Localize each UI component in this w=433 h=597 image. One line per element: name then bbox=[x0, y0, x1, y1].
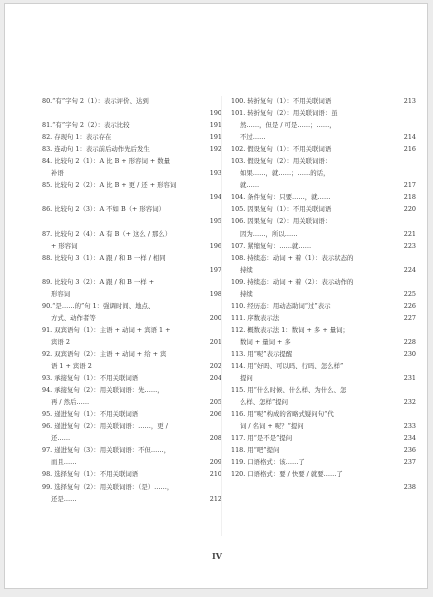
toc-entry-title: 99. 选择复句（2）：用关联词语：（是）……， bbox=[42, 481, 220, 493]
toc-entry[interactable]: 93. 承接复句（1）：不用关联词语204 bbox=[42, 372, 222, 384]
toc-entry-title-continued bbox=[231, 481, 416, 493]
toc-entry-title: 90.“是……的”句 1：强调时间、地点、 bbox=[42, 300, 220, 312]
toc-entry[interactable]: 116. 用“呢”构成的省略式疑问句“代词 / 名词 + 呢？”提问233 bbox=[231, 408, 416, 432]
toc-entry[interactable]: 88. 比较句 3（1）：A 跟 / 和 B 一样 / 相同 197 bbox=[42, 252, 222, 276]
toc-entry[interactable]: 119. 口语格式：该……了237 bbox=[231, 456, 416, 468]
toc-page-number: 225 bbox=[404, 288, 416, 300]
toc-entry[interactable]: 115. 用“什么时候、什么样、为什么、怎么样、怎样”提问232 bbox=[231, 384, 416, 408]
toc-page-number: 231 bbox=[404, 372, 416, 384]
toc-entry[interactable]: 92. 双宾语句（2）：主语 + 动词 + 给 + 宾语 1 + 宾语 2202 bbox=[42, 348, 222, 372]
toc-entry-title: 110. 经历态：用动态助词“过”表示 bbox=[231, 300, 416, 312]
toc-entry-title: 91. 双宾语句（1）：主语 + 动词 + 宾语 1 + bbox=[42, 324, 220, 336]
toc-page-number: 218 bbox=[404, 191, 416, 203]
toc-entry-title: 80.“有”字句 2（1）：表示评价、达到 bbox=[42, 95, 220, 107]
toc-page-number: 232 bbox=[404, 396, 416, 408]
column-divider bbox=[221, 96, 222, 536]
toc-entry-title-continued bbox=[42, 191, 220, 203]
toc-entry[interactable]: 101. 转折复句（2）：用关联词语：虽然……，但是 / 可是……；……，不过…… bbox=[231, 107, 416, 143]
document-page: 80.“有”字句 2（1）：表示评价、达到 19081.“有”字句 2（2）：表… bbox=[4, 3, 428, 589]
toc-entry[interactable]: 120. 口语格式：要 / 快要 / 就要……了 238 bbox=[231, 468, 416, 492]
toc-entry-title-continued: 方式、动作者等 bbox=[42, 312, 220, 324]
toc-entry-title-continued: 如果……，就……；……的话， bbox=[231, 167, 416, 179]
toc-entry-title-continued: + 形容词 bbox=[42, 240, 220, 252]
toc-entry-title: 86. 比较句 2（3）：A 不如 B（+ 形容词） bbox=[42, 203, 220, 215]
toc-entry-title-continued: 还…… bbox=[42, 432, 220, 444]
toc-entry-title-continued: 提问 bbox=[231, 372, 416, 384]
toc-entry-title-continued: 然……，但是 / 可是……；……， bbox=[231, 119, 416, 131]
toc-entry-title: 87. 比较句 2（4）：A 有 B（+ 这么 / 那么） bbox=[42, 228, 220, 240]
toc-entry-title-continued: 就…… bbox=[231, 179, 416, 191]
toc-page-number: 216 bbox=[404, 143, 416, 155]
toc-entry[interactable]: 100. 转折复句（1）：不用关联词语213 bbox=[231, 95, 416, 107]
toc-entry[interactable]: 111. 序数表示法227 bbox=[231, 312, 416, 324]
toc-entry[interactable]: 105. 因果复句（1）：不用关联词语220 bbox=[231, 203, 416, 215]
toc-entry-title: 101. 转折复句（2）：用关联词语：虽 bbox=[231, 107, 416, 119]
toc-entry[interactable]: 95. 递进复句（1）：不用关联词语206 bbox=[42, 408, 222, 420]
toc-entry-title-continued bbox=[42, 264, 220, 276]
toc-entry-title: 98. 选择复句（1）：不用关联词语 bbox=[42, 468, 220, 480]
toc-page-number: 221 bbox=[404, 228, 416, 240]
toc-entry-title: 96. 递进复句（2）：用关联词语：……，更 / bbox=[42, 420, 220, 432]
toc-page-number: 233 bbox=[404, 420, 416, 432]
toc-page-number: 226 bbox=[404, 300, 416, 312]
toc-entry-title-continued: 持续 bbox=[231, 264, 416, 276]
toc-entry-title: 93. 承接复句（1）：不用关联词语 bbox=[42, 372, 220, 384]
toc-entry[interactable]: 107. 紧缩复句：……就……223 bbox=[231, 240, 416, 252]
toc-entry[interactable]: 80.“有”字句 2（1）：表示评价、达到 190 bbox=[42, 95, 222, 119]
toc-entry-title: 120. 口语格式：要 / 快要 / 就要……了 bbox=[231, 468, 416, 480]
toc-entry-title: 107. 紧缩复句：……就…… bbox=[231, 240, 416, 252]
toc-entry-title-continued: 还是…… bbox=[42, 493, 220, 505]
toc-page-number: 217 bbox=[404, 179, 416, 191]
toc-entry-title: 82. 存现句 1：表示存在 bbox=[42, 131, 220, 143]
toc-entry-title: 97. 递进复句（3）：用关联词语：不但……， bbox=[42, 444, 220, 456]
toc-page-number: 228 bbox=[404, 336, 416, 348]
toc-entry-title: 94. 承接复句（2）：用关联词语：先……， bbox=[42, 384, 220, 396]
toc-entry[interactable]: 114. 用“好吗、可以吗、行吗、怎么样”提问231 bbox=[231, 360, 416, 384]
toc-right-column: 100. 转折复句（1）：不用关联词语213101. 转折复句（2）：用关联词语… bbox=[231, 95, 416, 493]
toc-page-number: 230 bbox=[404, 348, 416, 360]
toc-entry[interactable]: 112. 概数表示法 1：数词 + 多 + 量词；数词 + 量词 + 多228 bbox=[231, 324, 416, 348]
toc-page-number: 220 bbox=[404, 203, 416, 215]
toc-left-column: 80.“有”字句 2（1）：表示评价、达到 19081.“有”字句 2（2）：表… bbox=[42, 95, 222, 505]
toc-entry-title: 100. 转折复句（1）：不用关联词语 bbox=[231, 95, 416, 107]
toc-entry-title-continued bbox=[42, 107, 220, 119]
toc-entry-title: 89. 比较句 3（2）：A 跟 / 和 B 一样 + bbox=[42, 276, 220, 288]
toc-entry-title-continued: 形容词 bbox=[42, 288, 220, 300]
toc-entry[interactable]: 82. 存现句 1：表示存在191 bbox=[42, 131, 222, 143]
toc-page-number: 238 bbox=[404, 481, 416, 493]
toc-entry[interactable]: 118. 用“吧”提问236 bbox=[231, 444, 416, 456]
toc-entry[interactable]: 84. 比较句 2（1）：A 比 B + 形容词 + 数量补语193 bbox=[42, 155, 222, 179]
page-folio: IV bbox=[5, 551, 429, 561]
toc-entry[interactable]: 83. 连动句 1：表示前后动作先后发生192 bbox=[42, 143, 222, 155]
toc-entry-title: 119. 口语格式：该……了 bbox=[231, 456, 416, 468]
toc-entry[interactable]: 89. 比较句 3（2）：A 跟 / 和 B 一样 +形容词198 bbox=[42, 276, 222, 300]
toc-entry-title: 113. 用“呢”表示提醒 bbox=[231, 348, 416, 360]
toc-entry[interactable]: 97. 递进复句（3）：用关联词语：不但……，而且……209 bbox=[42, 444, 222, 468]
toc-entry-title: 114. 用“好吗、可以吗、行吗、怎么样” bbox=[231, 360, 416, 372]
toc-page-number: 223 bbox=[404, 240, 416, 252]
toc-entry[interactable]: 85. 比较句 2（2）：A 比 B + 更 / 还 + 形容词 194 bbox=[42, 179, 222, 203]
toc-entry[interactable]: 86. 比较句 2（3）：A 不如 B（+ 形容词） 195 bbox=[42, 203, 222, 227]
toc-entry-title: 109. 持续态：动词 + 着（2）：表示动作的 bbox=[231, 276, 416, 288]
toc-entry-title: 83. 连动句 1：表示前后动作先后发生 bbox=[42, 143, 220, 155]
toc-page-number: 234 bbox=[404, 432, 416, 444]
toc-page-number: 213 bbox=[404, 95, 416, 107]
toc-entry-title: 105. 因果复句（1）：不用关联词语 bbox=[231, 203, 416, 215]
toc-entry-title-continued: 因为……，所以…… bbox=[231, 228, 416, 240]
toc-entry-title: 111. 序数表示法 bbox=[231, 312, 416, 324]
toc-entry-title-continued bbox=[42, 215, 220, 227]
toc-entry-title: 84. 比较句 2（1）：A 比 B + 形容词 + 数量 bbox=[42, 155, 220, 167]
toc-entry-title: 85. 比较句 2（2）：A 比 B + 更 / 还 + 形容词 bbox=[42, 179, 220, 191]
toc-entry-title-continued: 而且…… bbox=[42, 456, 220, 468]
toc-entry[interactable]: 106. 因果复句（2）：用关联词语：因为……，所以……221 bbox=[231, 215, 416, 239]
toc-entry[interactable]: 94. 承接复句（2）：用关联词语：先……，再 / 然后……205 bbox=[42, 384, 222, 408]
toc-entry[interactable]: 113. 用“呢”表示提醒230 bbox=[231, 348, 416, 360]
toc-entry[interactable]: 87. 比较句 2（4）：A 有 B（+ 这么 / 那么）+ 形容词196 bbox=[42, 228, 222, 252]
toc-entry[interactable]: 110. 经历态：用动态助词“过”表示226 bbox=[231, 300, 416, 312]
toc-entry[interactable]: 117. 用“是不是”提问234 bbox=[231, 432, 416, 444]
toc-entry-title-continued: 持续 bbox=[231, 288, 416, 300]
toc-entry[interactable]: 108. 持续态：动词 + 着（1）：表示状态的持续224 bbox=[231, 252, 416, 276]
toc-entry-title: 104. 条件复句：只要……，就…… bbox=[231, 191, 416, 203]
toc-entry[interactable]: 96. 递进复句（2）：用关联词语：……，更 /还……208 bbox=[42, 420, 222, 444]
toc-entry-title: 102. 假设复句（1）：不用关联词语 bbox=[231, 143, 416, 155]
toc-entry-title: 95. 递进复句（1）：不用关联词语 bbox=[42, 408, 220, 420]
toc-entry-title: 81.“有”字句 2（2）：表示比较 bbox=[42, 119, 220, 131]
toc-entry-title-continued: 再 / 然后…… bbox=[42, 396, 220, 408]
toc-entry[interactable]: 81.“有”字句 2（2）：表示比较191 bbox=[42, 119, 222, 131]
toc-entry-title: 115. 用“什么时候、什么样、为什么、怎 bbox=[231, 384, 416, 396]
toc-entry-title-continued: 不过…… bbox=[231, 131, 416, 143]
toc-page-number: 227 bbox=[404, 312, 416, 324]
toc-entry-title: 117. 用“是不是”提问 bbox=[231, 432, 416, 444]
toc-entry[interactable]: 102. 假设复句（1）：不用关联词语216 bbox=[231, 143, 416, 155]
toc-entry-title: 103. 假设复句（2）：用关联词语： bbox=[231, 155, 416, 167]
toc-page-number: 237 bbox=[404, 456, 416, 468]
toc-entry-title: 112. 概数表示法 1：数词 + 多 + 量词； bbox=[231, 324, 416, 336]
toc-page-number: 236 bbox=[404, 444, 416, 456]
toc-entry-title: 108. 持续态：动词 + 着（1）：表示状态的 bbox=[231, 252, 416, 264]
toc-entry[interactable]: 109. 持续态：动词 + 着（2）：表示动作的持续225 bbox=[231, 276, 416, 300]
toc-entry-title-continued: 词 / 名词 + 呢？”提问 bbox=[231, 420, 416, 432]
toc-entry-title-continued: 补语 bbox=[42, 167, 220, 179]
toc-entry-title-continued: 宾语 2 bbox=[42, 336, 220, 348]
toc-entry-title: 116. 用“呢”构成的省略式疑问句“代 bbox=[231, 408, 416, 420]
toc-entry-title-continued: 数词 + 量词 + 多 bbox=[231, 336, 416, 348]
toc-entry-title-continued: 么样、怎样”提问 bbox=[231, 396, 416, 408]
toc-entry[interactable]: 103. 假设复句（2）：用关联词语：如果……，就……；……的话，就……217 bbox=[231, 155, 416, 191]
toc-entry[interactable]: 90.“是……的”句 1：强调时间、地点、方式、动作者等200 bbox=[42, 300, 222, 324]
toc-entry[interactable]: 104. 条件复句：只要……，就……218 bbox=[231, 191, 416, 203]
toc-page-number: 214 bbox=[404, 131, 416, 143]
toc-entry[interactable]: 98. 选择复句（1）：不用关联词语210 bbox=[42, 468, 222, 480]
toc-entry-title: 92. 双宾语句（2）：主语 + 动词 + 给 + 宾 bbox=[42, 348, 220, 360]
toc-entry-title: 118. 用“吧”提问 bbox=[231, 444, 416, 456]
toc-entry-title: 88. 比较句 3（1）：A 跟 / 和 B 一样 / 相同 bbox=[42, 252, 220, 264]
toc-entry-title-continued: 语 1 + 宾语 2 bbox=[42, 360, 220, 372]
toc-entry[interactable]: 99. 选择复句（2）：用关联词语：（是）……，还是……212 bbox=[42, 481, 222, 505]
toc-entry-title: 106. 因果复句（2）：用关联词语： bbox=[231, 215, 416, 227]
toc-entry[interactable]: 91. 双宾语句（1）：主语 + 动词 + 宾语 1 +宾语 2201 bbox=[42, 324, 222, 348]
toc-page-number: 224 bbox=[404, 264, 416, 276]
